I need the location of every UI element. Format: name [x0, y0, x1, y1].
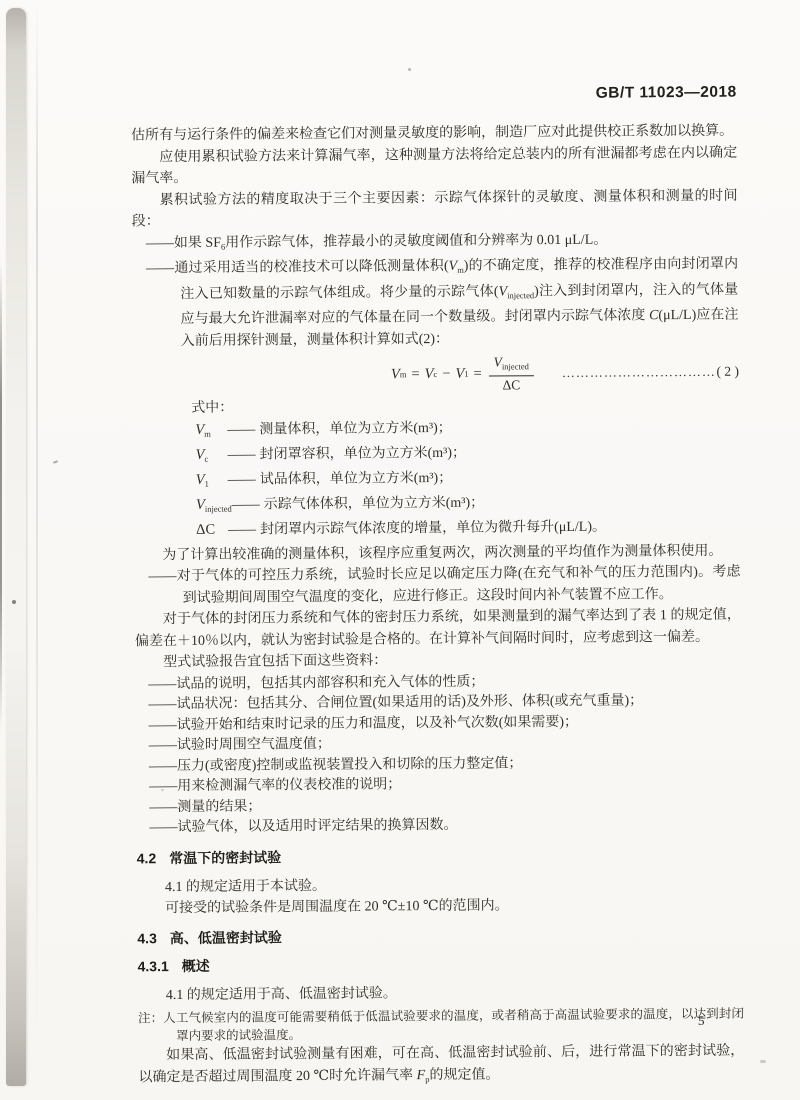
dash: —— [228, 472, 256, 487]
text-run: ——如果 SF [146, 235, 221, 251]
symbol-description: 试品体积，单位为立方米(m³)； [260, 470, 453, 487]
symbol-description: 示踪气体体积，单位为立方米(m³)； [264, 495, 485, 512]
section-number: 4.3.1 [138, 958, 169, 974]
subscript: m [400, 369, 407, 379]
list-item-pressure-system: ——对于气体的可控压力系统，试验时长应足以确定压力降(在充气和补气的压力范围内)… [148, 562, 740, 610]
subscript: injected [502, 361, 529, 371]
operator: − [442, 365, 450, 382]
variable: V [425, 365, 434, 382]
section-title: 高、低温密封试验 [170, 929, 282, 946]
variable: V [449, 259, 458, 274]
fraction-denominator: ΔC [502, 376, 520, 392]
section-title: 常温下的密封试验 [169, 849, 281, 866]
page-crease [36, 0, 38, 1060]
text-run: 的规定值。 [429, 1067, 499, 1083]
section-number: 4.3 [137, 930, 157, 946]
dash: —— [228, 447, 256, 462]
report-list: ——试品的说明，包括其内部容积和充入气体的性质； ——试品状况：包括其分、合闸位… [135, 670, 742, 839]
section-heading-4-3: 4.3高、低温密封试验 [137, 923, 743, 948]
symbol: Vc [195, 444, 227, 469]
page-content: GB/T 11023—2018 估所有与运行条件的偏差来检查它们对测量灵敏度的影… [130, 0, 745, 1100]
subscript: 1 [464, 369, 468, 379]
section-title: 概述 [182, 957, 210, 973]
section-heading-4-3-1: 4.3.1概述 [137, 951, 743, 976]
variable: V [391, 366, 400, 383]
variable: F [417, 1068, 426, 1083]
operator: = [473, 365, 481, 382]
subscript: c [433, 369, 437, 379]
report-item: ——试验气体，以及适用时评定结果的换算因数。 [149, 814, 742, 839]
symbol-description: 测量体积，单位为立方米(m³)； [259, 420, 452, 437]
variable: V [455, 365, 464, 382]
paragraph-cumulative-method: 应使用累积试验方法来计算漏气率，这种测量方法将给定总装内的所有泄漏都考虑在内以确… [131, 142, 737, 190]
doc-number: GB/T 11023—2018 [131, 84, 737, 107]
variable: V [499, 284, 508, 299]
paragraph-closed-pressure: 对于气体的封闭压力系统和气体的密封压力系统，如果测量到的漏气率达到了表 1 的规… [135, 605, 741, 653]
text-run: ——通过采用适当的校准技术可以降低测量体积( [146, 259, 449, 276]
note-text: 人工气候室内的温度可能需要稍低于低温试验要求的温度，或者稍高于高温试验要求的温度… [163, 1007, 744, 1043]
note-label: 注： [138, 1011, 163, 1025]
list-item-calibration: ——通过采用适当的校准技术可以降低测量体积(Vm)的不确定度，推荐的校准程序由向… [146, 254, 739, 353]
dash: —— [227, 422, 255, 437]
paragraph-ambient-check: 如果高、低温密封试验测量有困难，可在高、低温密封试验前、后，进行常温下的密封试验… [138, 1041, 744, 1093]
scan-speck [12, 600, 16, 604]
subscript: injected [507, 290, 534, 300]
scanned-page: { "header": { "doc_number": "GB/T 11023—… [0, 0, 800, 1100]
paragraph-4-2-conditions: 可接受的试验条件是周围温度在 20 ℃±10 ℃的范围内。 [137, 894, 743, 920]
section-heading-4-2: 4.2常温下的密封试验 [137, 843, 743, 868]
variable: C [649, 308, 658, 323]
formula-2: Vm = Vc − V1 = Vinjected ΔC ………………………………… [391, 353, 739, 394]
symbol: V1 [196, 469, 228, 494]
variable: V [494, 354, 502, 369]
symbol: ΔC [196, 519, 228, 544]
scan-edge-strip [6, 8, 26, 1086]
symbol-description: 封闭罩内示踪气体浓度的增量，单位为微升每升(μL/L)。 [260, 519, 606, 537]
symbol: Vm [195, 419, 227, 444]
fraction-numerator: Vinjected [489, 354, 534, 376]
note: 注：人工气候室内的温度可能需要稍低于低温试验要求的温度，或者稍高于高温试验要求的… [138, 1005, 744, 1046]
fraction: Vinjected ΔC [489, 354, 534, 392]
dot-leader: …………………………………… [562, 364, 715, 381]
paragraph-accuracy-factors: 累积试验方法的精度取决于三个主要因素：示踪气体探针的灵敏度、测量体积和测量的时间… [131, 185, 737, 233]
scan-speck [760, 1060, 766, 1063]
scan-speck [53, 460, 58, 464]
dash: —— [228, 522, 256, 537]
section-number: 4.2 [137, 850, 157, 866]
page-number: 5 [698, 1010, 705, 1032]
text-run: 用作示踪气体，推荐最小的灵敏度阈值和分辨率为 0.01 μL/L。 [225, 232, 607, 250]
scan-edge-shadow [0, 260, 2, 730]
operator: = [411, 366, 419, 383]
equation-number: ( 2 ) [716, 364, 739, 380]
paragraph-4-3-1-scope: 4.1 的规定适用于高、低温密封试验。 [138, 980, 744, 1006]
symbol: Vinjected [196, 494, 232, 519]
dash: —— [232, 497, 260, 512]
symbol-description: 封闭罩容积，单位为立方米(m³)； [260, 445, 467, 462]
